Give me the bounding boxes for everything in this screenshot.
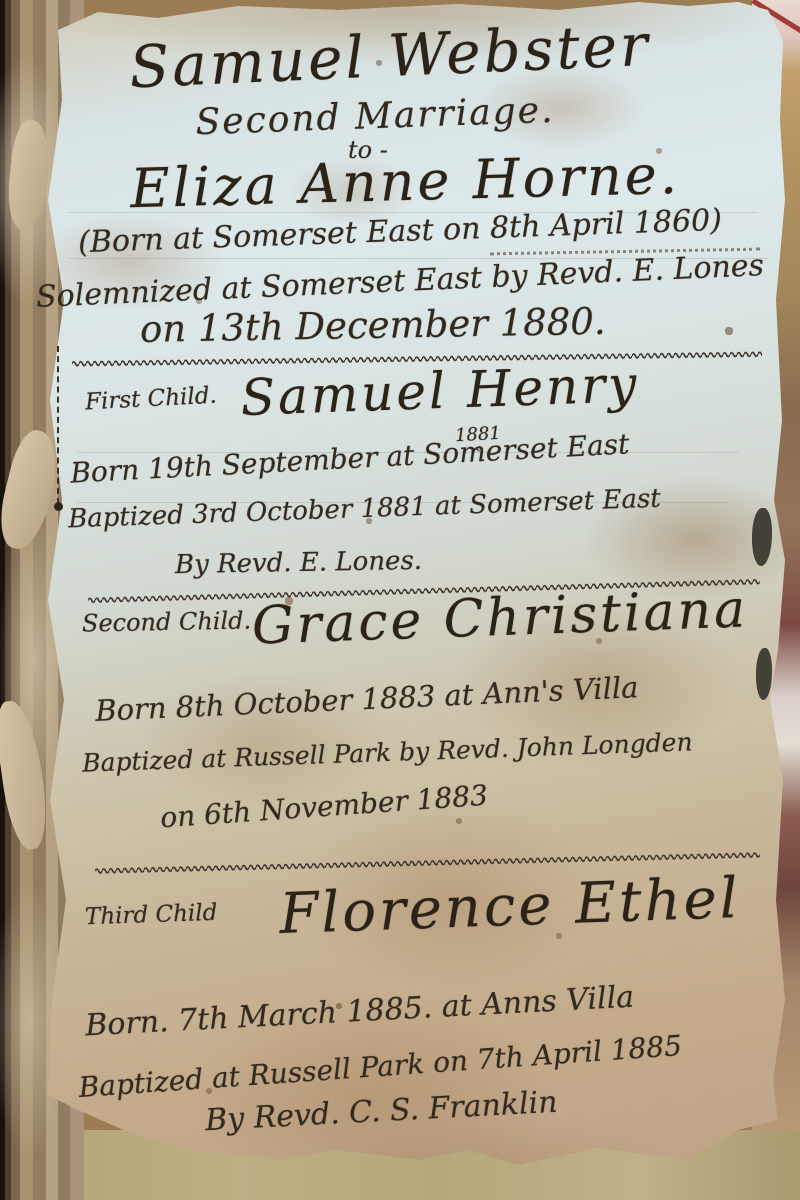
child-label: Second Child. bbox=[82, 607, 252, 638]
child-label: Third Child bbox=[85, 900, 218, 931]
margin-dashed-line bbox=[57, 346, 59, 504]
torn-paper-flap bbox=[0, 698, 52, 852]
year-insertion: 1881 bbox=[454, 423, 501, 446]
insertion-caret: ^ bbox=[470, 446, 483, 463]
photo-of-register-page: Samuel Webster Second Marriage. to - Eli… bbox=[0, 0, 800, 1200]
child-officiant-line: By Revd. E. Lones. bbox=[175, 546, 423, 580]
margin-line-blot bbox=[54, 502, 63, 511]
torn-paper-flap bbox=[4, 118, 53, 231]
marriage-date-line: on 13th December 1880. bbox=[140, 300, 591, 351]
